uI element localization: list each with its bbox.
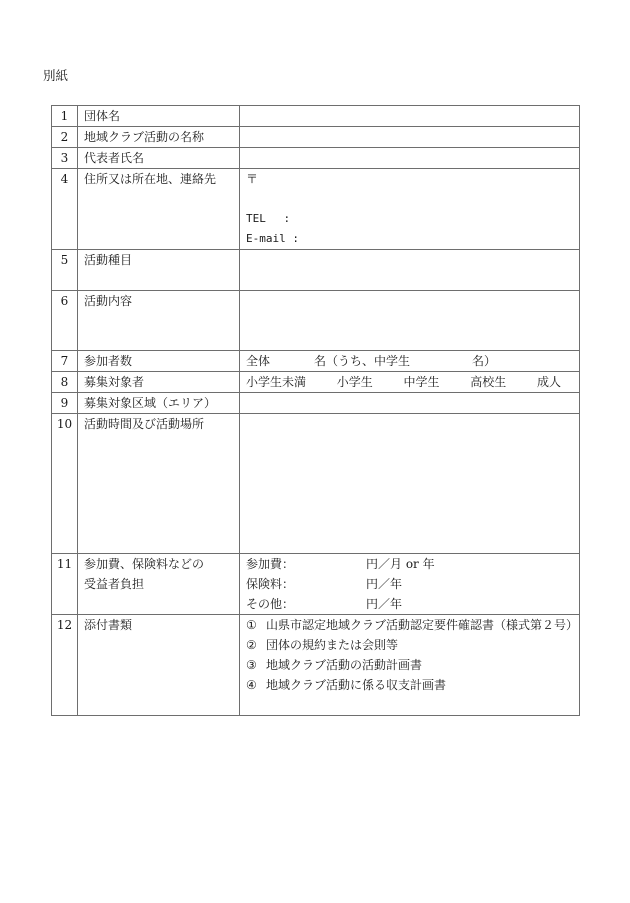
- other-fee-label: その他：: [246, 594, 366, 614]
- option-under-elementary[interactable]: 小学生未満: [246, 372, 306, 392]
- insurance-fee-unit: 円／年: [366, 574, 402, 594]
- row-number: 5: [52, 250, 78, 291]
- row-number: 4: [52, 169, 78, 250]
- activity-type-field[interactable]: [240, 250, 580, 291]
- row-label: 活動種目: [78, 250, 240, 291]
- row-fees: 11 参加費、保険料などの 受益者負担 参加費： 円／月 or 年 保険料： 円…: [52, 554, 580, 615]
- row-label: 団体名: [78, 106, 240, 127]
- row-label: 募集対象区域（エリア）: [78, 393, 240, 414]
- attachment-text: 山県市認定地域クラブ活動認定要件確認書（様式第２号）: [266, 615, 579, 635]
- attachment-text: 団体の規約または会則等: [266, 635, 579, 655]
- fees-label-line1: 参加費、保険料などの: [84, 554, 239, 574]
- option-adult[interactable]: 成人: [537, 372, 561, 392]
- attachment-text: 地域クラブ活動の活動計画書: [266, 655, 579, 675]
- row-label: 参加者数: [78, 351, 240, 372]
- insurance-fee-label: 保険料：: [246, 574, 366, 594]
- organization-name-field[interactable]: [240, 106, 580, 127]
- row-target-audience: 8 募集対象者 小学生未満 小学生 中学生 高校生 成人: [52, 372, 580, 393]
- attachment-number: ③: [246, 655, 266, 675]
- email-label: E-mail :: [246, 229, 579, 249]
- attachment-number: ①: [246, 615, 266, 635]
- row-label: 地域クラブ活動の名称: [78, 127, 240, 148]
- attachment-text: 地域クラブ活動に係る収支計画書: [266, 675, 579, 695]
- row-number: 10: [52, 414, 78, 554]
- other-fee-unit: 円／年: [366, 594, 402, 614]
- row-label: 代表者氏名: [78, 148, 240, 169]
- participants-field[interactable]: 全体名（うち、中学生名）: [240, 351, 580, 372]
- page-label: 別紙: [43, 66, 68, 84]
- row-label: 活動時間及び活動場所: [78, 414, 240, 554]
- participation-fee-unit: 円／月 or 年: [366, 554, 435, 574]
- row-label: 添付書類: [78, 615, 240, 716]
- row-number: 8: [52, 372, 78, 393]
- row-participants: 7 参加者数 全体名（うち、中学生名）: [52, 351, 580, 372]
- fees-field[interactable]: 参加費： 円／月 or 年 保険料： 円／年 その他： 円／年: [240, 554, 580, 615]
- participants-close-label: 名）: [472, 354, 496, 368]
- application-form-table: 1 団体名 2 地域クラブ活動の名称 3 代表者氏名 4 住所又は所在地、連絡先…: [51, 105, 580, 716]
- tel-label: TEL :: [246, 209, 579, 229]
- participants-junior-high-label: 名（うち、中学生: [314, 354, 410, 368]
- address-contact-field[interactable]: 〒 TEL : E-mail :: [240, 169, 580, 250]
- row-number: 2: [52, 127, 78, 148]
- postal-mark: 〒: [246, 169, 579, 189]
- club-name-field[interactable]: [240, 127, 580, 148]
- row-label: 参加費、保険料などの 受益者負担: [78, 554, 240, 615]
- attachment-item: ② 団体の規約または会則等: [246, 635, 579, 655]
- row-time-place: 10 活動時間及び活動場所: [52, 414, 580, 554]
- row-club-name: 2 地域クラブ活動の名称: [52, 127, 580, 148]
- row-recruitment-area: 9 募集対象区域（エリア）: [52, 393, 580, 414]
- row-address-contact: 4 住所又は所在地、連絡先 〒 TEL : E-mail :: [52, 169, 580, 250]
- attachment-number: ②: [246, 635, 266, 655]
- time-place-field[interactable]: [240, 414, 580, 554]
- attachment-item: ③ 地域クラブ活動の活動計画書: [246, 655, 579, 675]
- participation-fee-label: 参加費：: [246, 554, 366, 574]
- option-junior-high[interactable]: 中学生: [403, 372, 439, 392]
- row-activity-content: 6 活動内容: [52, 291, 580, 351]
- row-number: 9: [52, 393, 78, 414]
- row-number: 3: [52, 148, 78, 169]
- attachment-number: ④: [246, 675, 266, 695]
- attachments-list: ① 山県市認定地域クラブ活動認定要件確認書（様式第２号） ② 団体の規約または会…: [240, 615, 580, 716]
- row-number: 1: [52, 106, 78, 127]
- fees-label-line2: 受益者負担: [84, 574, 239, 594]
- target-audience-field[interactable]: 小学生未満 小学生 中学生 高校生 成人: [240, 372, 580, 393]
- row-representative: 3 代表者氏名: [52, 148, 580, 169]
- row-attachments: 12 添付書類 ① 山県市認定地域クラブ活動認定要件確認書（様式第２号） ② 団…: [52, 615, 580, 716]
- participants-total-label: 全体: [246, 354, 270, 368]
- recruitment-area-field[interactable]: [240, 393, 580, 414]
- row-organization-name: 1 団体名: [52, 106, 580, 127]
- attachment-item: ① 山県市認定地域クラブ活動認定要件確認書（様式第２号）: [246, 615, 579, 635]
- row-number: 6: [52, 291, 78, 351]
- option-elementary[interactable]: 小学生: [337, 372, 373, 392]
- row-label: 活動内容: [78, 291, 240, 351]
- row-number: 7: [52, 351, 78, 372]
- activity-content-field[interactable]: [240, 291, 580, 351]
- attachment-item: ④ 地域クラブ活動に係る収支計画書: [246, 675, 579, 695]
- row-label: 住所又は所在地、連絡先: [78, 169, 240, 250]
- option-high-school[interactable]: 高校生: [470, 372, 506, 392]
- row-activity-type: 5 活動種目: [52, 250, 580, 291]
- representative-name-field[interactable]: [240, 148, 580, 169]
- row-number: 11: [52, 554, 78, 615]
- row-number: 12: [52, 615, 78, 716]
- row-label: 募集対象者: [78, 372, 240, 393]
